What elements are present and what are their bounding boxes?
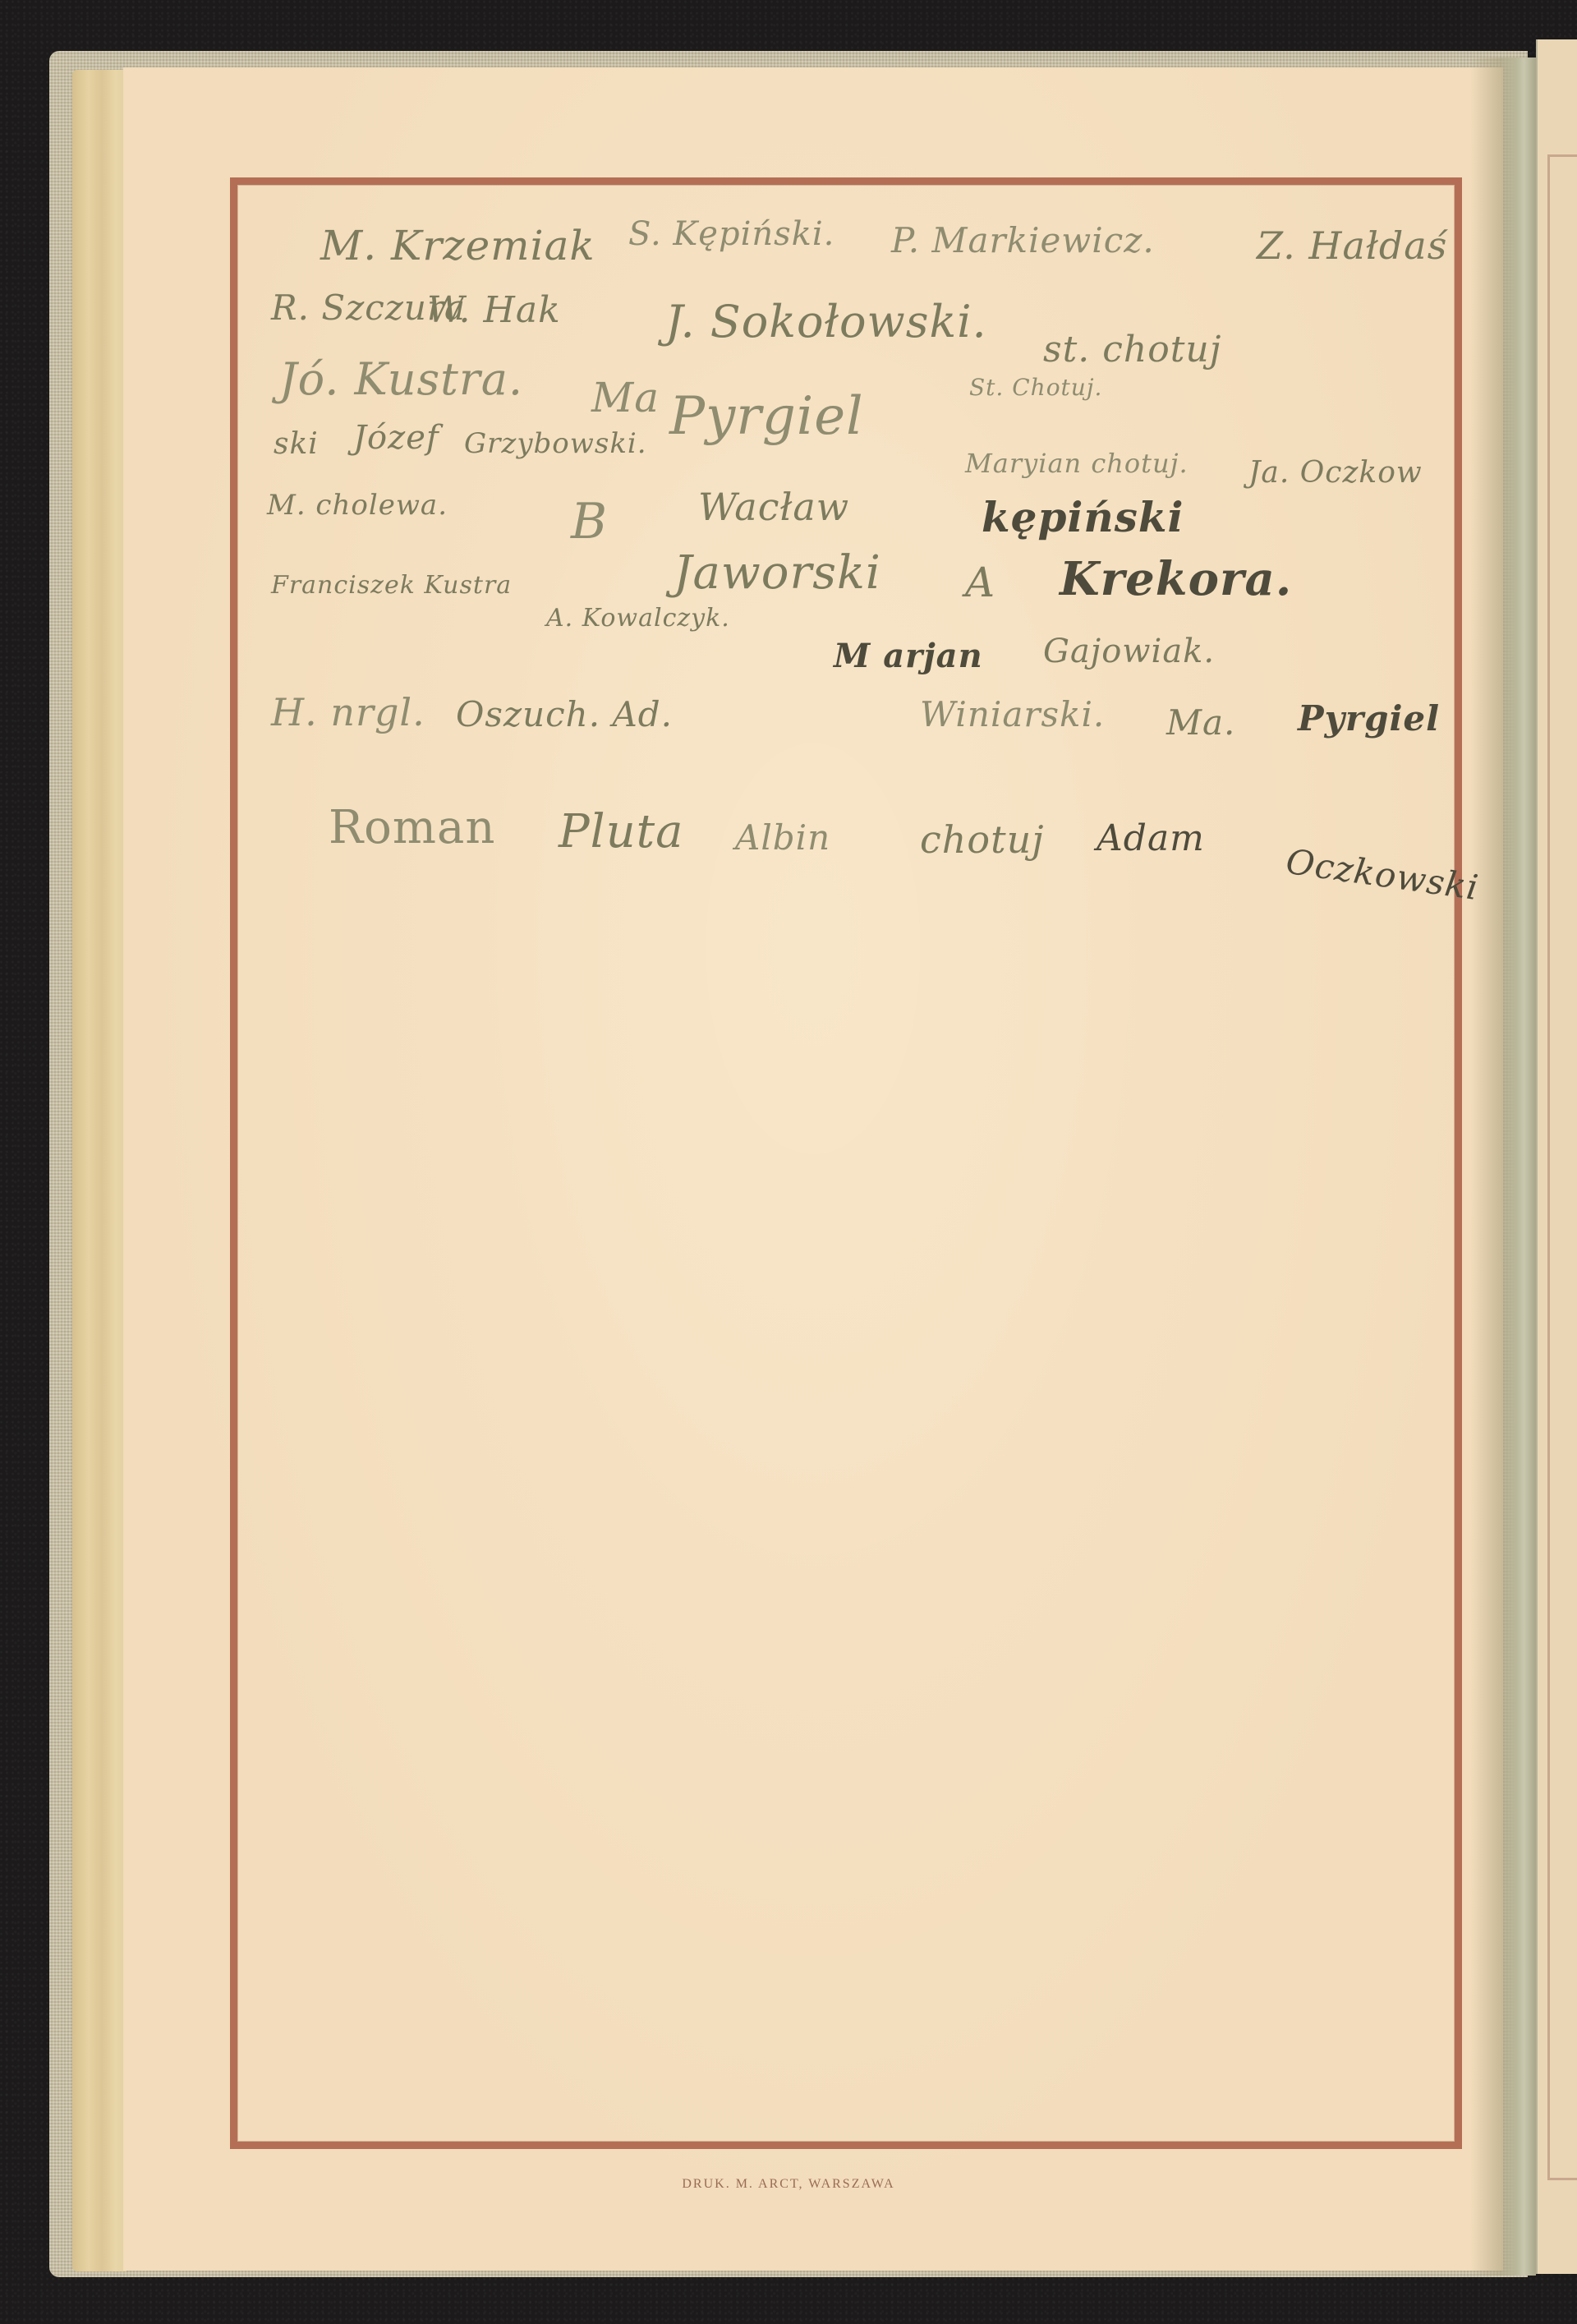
signature: Pyrgiel bbox=[669, 386, 864, 447]
signature: Krekora. bbox=[1060, 552, 1292, 606]
signature: St. Chotuj. bbox=[969, 374, 1102, 401]
signature: Pyrgiel bbox=[1298, 698, 1440, 739]
signature: Z. Hałdaś bbox=[1257, 223, 1447, 268]
signature: M. cholewa. bbox=[267, 489, 448, 522]
signature: H. nrgl. bbox=[271, 690, 425, 734]
facing-page-edge bbox=[1536, 39, 1577, 2274]
signature: Oszuch. Ad. bbox=[456, 694, 673, 734]
signature: Ja. Oczkow bbox=[1248, 456, 1423, 490]
signature: A. Kowalczyk. bbox=[546, 604, 730, 633]
signature: Grzybowski. bbox=[464, 427, 647, 460]
signature: Jaworski bbox=[674, 546, 881, 600]
page-block-edges bbox=[72, 70, 126, 2271]
signature: Winiarski. bbox=[920, 694, 1105, 734]
signature: Adam bbox=[1097, 817, 1205, 859]
signature: Ma bbox=[591, 374, 660, 421]
signature: Roman bbox=[329, 801, 495, 854]
signature: W. Hak bbox=[427, 289, 561, 331]
signature: A bbox=[965, 559, 995, 606]
signature: Franciszek Kustra bbox=[271, 571, 512, 600]
signature: S. Kępiński. bbox=[628, 215, 834, 253]
signature: Pluta bbox=[559, 805, 684, 858]
signature: M arjan bbox=[834, 637, 983, 675]
printer-imprint: DRUK. M. ARCT, WARSZAWA bbox=[0, 2177, 1577, 2192]
signature: Maryian chotuj. bbox=[965, 448, 1188, 479]
signature: P. Markiewicz. bbox=[891, 220, 1155, 260]
signature: Albin bbox=[735, 817, 830, 858]
signature: B bbox=[571, 493, 608, 550]
signature: Jó. Kustra. bbox=[279, 353, 523, 405]
signature: M. Krzemiak bbox=[320, 222, 595, 269]
facing-page-frame bbox=[1547, 154, 1577, 2180]
signature: J. Sokołowski. bbox=[665, 296, 987, 347]
signature: Wacław bbox=[698, 485, 849, 529]
signature: Józef bbox=[353, 419, 439, 457]
book-gutter bbox=[1470, 58, 1536, 2276]
signature: kępiński bbox=[982, 493, 1184, 541]
signature: Gajowiak. bbox=[1043, 633, 1215, 670]
signature: Ma. bbox=[1166, 702, 1235, 743]
signature: ski bbox=[274, 427, 319, 461]
signature: st. chotuj bbox=[1043, 329, 1221, 370]
signature: chotuj bbox=[920, 817, 1044, 862]
